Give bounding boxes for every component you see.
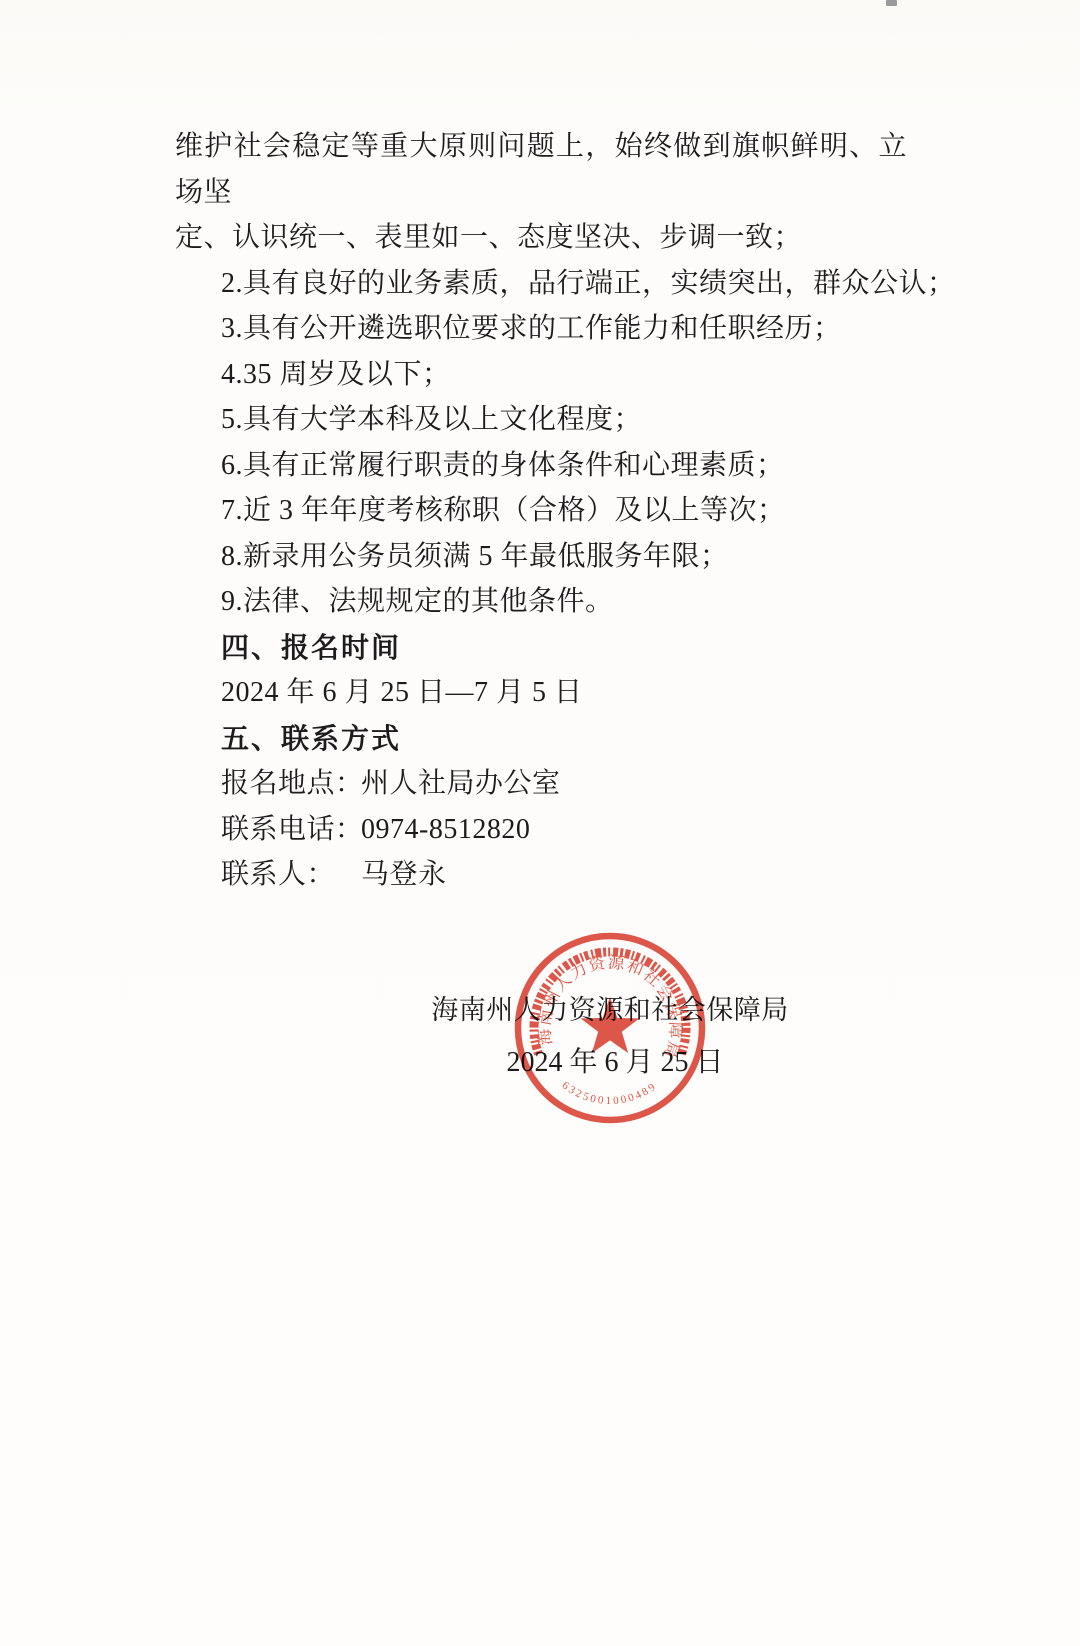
condition-item-4: 4.35 周岁及以下； xyxy=(175,352,907,398)
paragraph-line: 维护社会稳定等重大原则问题上，始终做到旗帜鲜明、立场坚 xyxy=(175,124,907,215)
condition-item-7: 7.近 3 年年度考核称职（合格）及以上等次； xyxy=(175,488,907,534)
condition-item-9: 9.法律、法规规定的其他条件。 xyxy=(175,579,907,625)
contact-location-row: 报名地点： 州人社局办公室 xyxy=(175,761,907,807)
registration-period: 2024 年 6 月 25 日—7 月 5 日 xyxy=(175,670,907,716)
document-page: 维护社会稳定等重大原则问题上，始终做到旗帜鲜明、立场坚 定、认识统一、表里如一、… xyxy=(0,0,1080,1646)
red-star-icon xyxy=(581,997,640,1053)
contact-location-label: 报名地点： xyxy=(221,768,364,799)
condition-item-8: 8.新录用公务员须满 5 年最低服务年限； xyxy=(175,534,907,580)
contact-phone-label: 联系电话： xyxy=(221,814,364,845)
condition-item-3: 3.具有公开遴选职位要求的工作能力和任职经历； xyxy=(175,306,907,352)
scan-artifact-mark xyxy=(886,0,897,6)
condition-item-2: 2.具有良好的业务素质，品行端正，实绩突出，群众公认； xyxy=(175,261,907,307)
contact-phone-value: 0974-8512820 xyxy=(361,807,530,853)
contact-person-row: 联系人： 马登永 xyxy=(175,852,907,898)
contact-location-value: 州人社局办公室 xyxy=(361,761,561,807)
contact-phone-row: 联系电话： 0974-8512820 xyxy=(175,807,907,853)
paragraph-line: 定、认识统一、表里如一、态度坚决、步调一致； xyxy=(175,215,907,261)
contact-person-label: 联系人： xyxy=(221,859,335,890)
seal-code-text: 6325001000489 xyxy=(560,1079,660,1107)
document-body: 维护社会稳定等重大原则问题上，始终做到旗帜鲜明、立场坚 定、认识统一、表里如一、… xyxy=(175,124,907,898)
section-heading-registration-time: 四、报名时间 xyxy=(175,625,907,671)
condition-item-6: 6.具有正常履行职责的身体条件和心理素质； xyxy=(175,443,907,489)
condition-item-5: 5.具有大学本科及以上文化程度； xyxy=(175,397,907,443)
section-heading-contact-info: 五、联系方式 xyxy=(175,716,907,762)
official-seal-stamp: 海南州人力资源和社会保障局 6325001000489 xyxy=(510,928,710,1128)
contact-person-value: 马登永 xyxy=(361,852,447,898)
